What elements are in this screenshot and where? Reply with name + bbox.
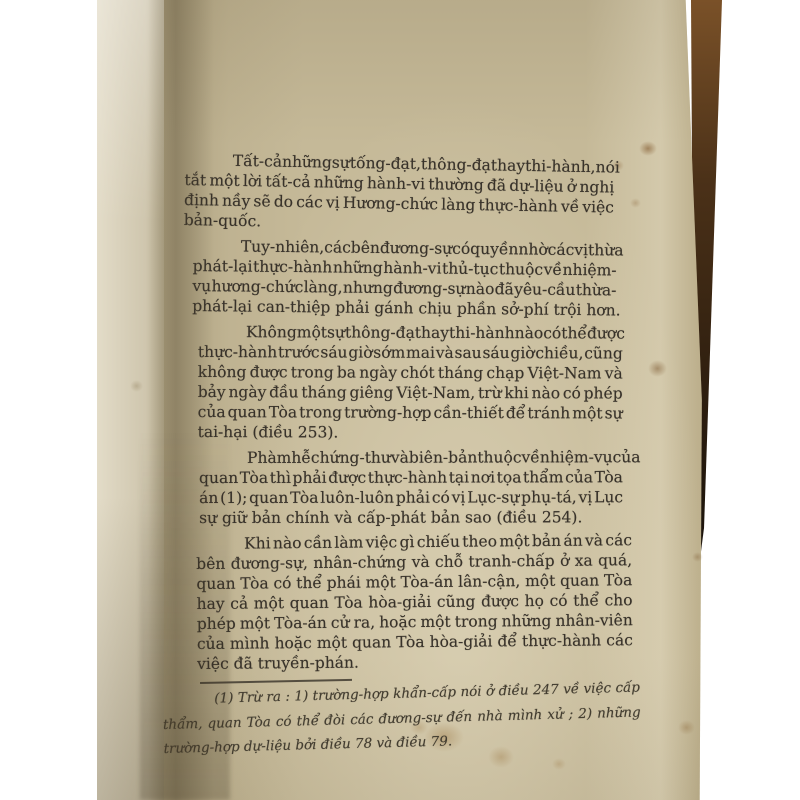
footnote-container: (1)Trừra:1)trường-hợpkhẩn-cấpnóiởđiều247… bbox=[162, 675, 642, 761]
paragraph-container: Tất-cảnhữngsựtống-đạt,thông-đạthaythi-hà… bbox=[185, 150, 635, 674]
text-line: củamìnhhoặcmộtquanTòahòa-giảiđểthực-hành… bbox=[197, 630, 633, 654]
text-line: Phàmhễchứng-thưvàbiên-bảnthuộcvềnhiệm-vụ… bbox=[199, 447, 623, 468]
text-line: phát-lại can-thiệp phải gánh chịu phần s… bbox=[192, 296, 616, 320]
paragraph-1: Tất-cảnhữngsựtống-đạt,thông-đạthaythi-hà… bbox=[184, 150, 615, 237]
text-line: thực-hànhtrướcsáugiờsớmmaivàsausáugiờchi… bbox=[198, 342, 623, 363]
book-photo: Tất-cảnhữngsựtống-đạt,thông-đạthaythi-hà… bbox=[0, 0, 800, 800]
text-line: tai-hại (điều 253). bbox=[198, 422, 623, 443]
text-line: khôngđượctrongbangàychótthángchạpViệt-Na… bbox=[198, 362, 623, 383]
text-line: án(1);quanTòaluôn-luônphảicóvịLục-sựphụ-… bbox=[199, 487, 623, 508]
text-line: bảyngàyđầuthánggiêngViệt-Nam,trừkhinàocó… bbox=[198, 382, 623, 403]
paragraph-4: Phàmhễchứng-thưvàbiên-bảnthuộcvềnhiệm-vụ… bbox=[199, 447, 623, 528]
facing-page-edge bbox=[97, 0, 164, 800]
text-line: sự giữ bản chính và cấp-phát bản sao (đi… bbox=[199, 507, 623, 528]
paragraph-3: Khôngmộtsựthông-đạthaythi-hànhnàocóthểđư… bbox=[198, 322, 623, 443]
paragraph-2: Tuy-nhiên,cácbênđương-sựcóquyềnnhờcácvịt… bbox=[192, 236, 617, 320]
text-line: Khôngmộtsựthông-đạthaythi-hànhnàocóthểđư… bbox=[198, 322, 623, 343]
page-text: Tất-cảnhữngsựtống-đạt,thông-đạthaythi-hà… bbox=[185, 150, 635, 762]
text-line: việc đã truyền-phán. bbox=[197, 650, 633, 674]
paragraph-5: Khinàocầnlàmviệcgìchiếutheomộtbảnánvàcác… bbox=[196, 530, 633, 674]
text-line: quanTòathìphảiđượcthực-hànhtạinơitọathẩm… bbox=[199, 467, 623, 488]
text-line: củaquanTòatrongtrường-hợpcần-thiếtđểtrán… bbox=[198, 402, 623, 423]
